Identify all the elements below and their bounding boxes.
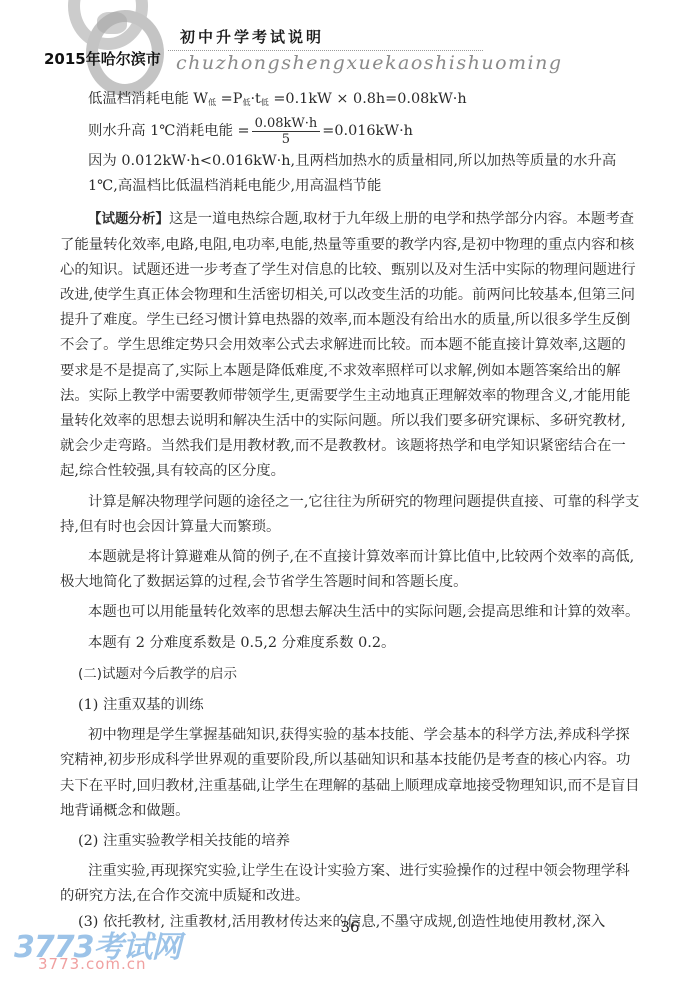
- header-dotted-divider: [168, 50, 483, 51]
- watermark-url: 3773.com.cn: [38, 955, 147, 973]
- analysis-label: 【试题分析】: [88, 211, 169, 227]
- calc-text: 则水升高 1℃消耗电能 =: [88, 123, 250, 139]
- subsection-heading: (2) 注重实验教学相关技能的培养: [60, 829, 640, 854]
- page-content: 低温档消耗电能 W低 =P低·t低 =0.1kW × 0.8h=0.08kW·h…: [60, 86, 640, 935]
- fraction-numerator: 0.08kW·h: [252, 116, 321, 132]
- calc-text: =0.1kW × 0.8h=0.08kW·h: [269, 91, 467, 107]
- header-title: 初中升学考试说明: [180, 26, 324, 47]
- analysis-paragraph: 【试题分析】这是一道电热综合题,取材于九年级上册的电学和热学部分内容。本题考查了…: [60, 207, 640, 484]
- paragraph: 本题有 2 分难度系数是 0.5,2 分难度系数 0.2。: [60, 631, 640, 656]
- paragraph: 初中物理是学生掌握基础知识,获得实验的基本技能、学会基本的科学方法,养成科学探究…: [60, 723, 640, 824]
- calc-text: =0.016kW·h: [322, 123, 413, 139]
- analysis-text: 这是一道电热综合题,取材于九年级上册的电学和热学部分内容。本题考查了能量转化效率…: [60, 211, 636, 479]
- fraction-denominator: 5: [252, 132, 321, 147]
- header-year-city: 2015年哈尔滨市: [44, 48, 161, 69]
- calc-text: 低温档消耗电能 W: [88, 91, 208, 107]
- ring-overlap-shape: [97, 12, 127, 34]
- fraction: 0.08kW·h5: [252, 116, 321, 147]
- calc-conclusion: 因为 0.012kW·h<0.016kW·h,且两档加热水的质量相同,所以加热等…: [88, 149, 640, 199]
- subsection-heading: (1) 注重双基的训练: [60, 693, 640, 718]
- paragraph: 注重实验,再现探究实验,让学生在设计实验方案、进行实验操作的过程中领会物理学科的…: [60, 859, 640, 909]
- calc-text: ·t: [250, 91, 260, 107]
- section-heading: (二)试题对今后教学的启示: [60, 662, 640, 687]
- calc-line-low-energy: 低温档消耗电能 W低 =P低·t低 =0.1kW × 0.8h=0.08kW·h: [88, 86, 640, 113]
- subscript: 低: [208, 98, 216, 107]
- calculation-block: 低温档消耗电能 W低 =P低·t低 =0.1kW × 0.8h=0.08kW·h…: [60, 86, 640, 199]
- calc-line-per-degree: 则水升高 1℃消耗电能 =0.08kW·h5=0.016kW·h: [88, 113, 640, 149]
- paragraph: 本题就是将计算避难从简的例子,在不直接计算效率而计算比值中,比较两个效率的高低,…: [60, 545, 640, 595]
- header-pinyin-subtitle: chuzhongshengxuekaoshishuoming: [176, 52, 563, 74]
- subscript: 低: [261, 98, 269, 107]
- paragraph: 计算是解决物理学问题的途径之一,它往往为所研究的物理问题提供直接、可靠的科学支持…: [60, 490, 640, 540]
- calc-text: =P: [216, 91, 242, 107]
- paragraph: 本题也可以用能量转化效率的思想去解决生活中的实际问题,会提高思维和计算的效率。: [60, 600, 640, 625]
